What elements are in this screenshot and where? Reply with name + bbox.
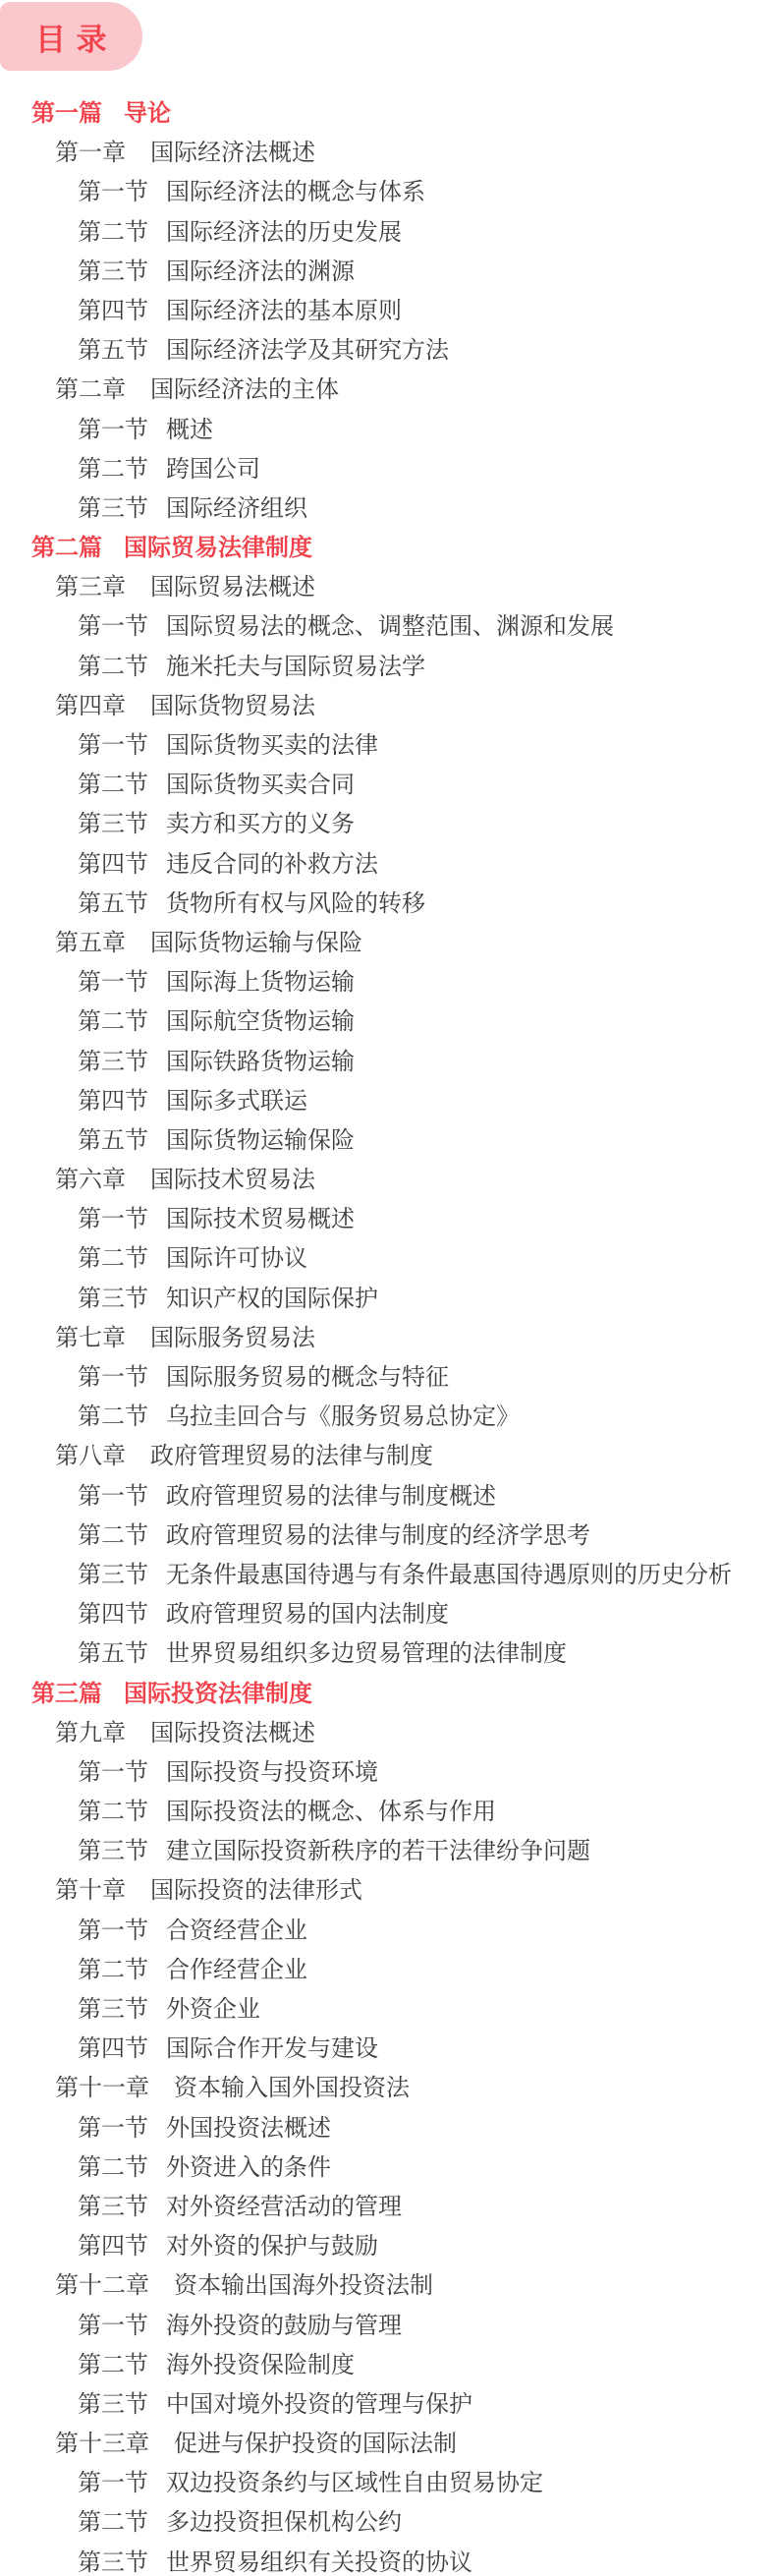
toc-entry-label: 第一节 [78,1483,148,1510]
toc-entry-title: 国际经济法的主体 [150,376,339,403]
toc-entry-label: 第一节 [78,179,148,205]
toc-entry-title: 国际服务贸易法 [150,1325,315,1351]
toc-entry-section: 第三节对外资经营活动的管理 [0,2188,776,2227]
toc-entry-section: 第四节国际合作开发与建设 [0,2030,776,2069]
toc-entry-label: 第一节 [78,1918,148,1944]
toc-entry-section: 第一节国际技术贸易概述 [0,1200,776,1239]
toc-entry-section: 第一节国际投资与投资环境 [0,1753,776,1793]
toc-entry-part: 第三篇国际投资法律制度 [0,1675,776,1714]
toc-entry-title: 世界贸易组织有关投资的协议 [166,2549,472,2576]
toc-entry-title: 货物所有权与风险的转移 [166,890,425,917]
toc-entry-label: 第二节 [78,772,148,798]
toc-entry-section: 第二节合作经营企业 [0,1951,776,1990]
toc-entry-section: 第二节外资进入的条件 [0,2148,776,2188]
toc-entry-title: 国际经济法概述 [150,140,315,166]
toc-entry-label: 第二篇 [31,535,102,561]
toc-entry-section: 第二节海外投资保险制度 [0,2346,776,2385]
toc-entry-section: 第三节中国对境外投资的管理与保护 [0,2385,776,2425]
toc-entry-title: 国际多式联运 [166,1088,307,1115]
toc-entry-label: 第二节 [78,1008,148,1035]
toc-entry-label: 第一节 [78,732,148,759]
toc-entry-section: 第一节合资经营企业 [0,1912,776,1951]
toc-entry-title: 导论 [124,100,171,127]
toc-entry-section: 第一节国际货物买卖的法律 [0,726,776,766]
toc-entry-title: 国际技术贸易法 [150,1167,315,1193]
toc-entry-title: 国际货物运输与保险 [150,930,362,956]
toc-entry-label: 第四节 [78,1088,148,1115]
toc-entry-title: 国际经济法学及其研究方法 [166,337,449,364]
toc-entry-title: 知识产权的国际保护 [166,1286,378,1312]
toc-entry-title: 政府管理贸易的法律与制度的经济学思考 [166,1522,590,1549]
toc-entry-label: 第三节 [78,2391,148,2418]
toc-entry-label: 第五节 [78,890,148,917]
toc-entry-section: 第三节无条件最惠国待遇与有条件最惠国待遇原则的历史分析 [0,1556,776,1595]
toc-title-badge: 目 录 [0,2,142,71]
toc-entry-label: 第五节 [78,1640,148,1667]
toc-entry-chapter: 第三章国际贸易法概述 [0,568,776,607]
toc-entry-section: 第二节国际航空货物运输 [0,1002,776,1042]
toc-entry-section: 第二节施米托夫与国际贸易法学 [0,648,776,687]
toc-entry-label: 第三章 [55,574,126,601]
toc-entry-title: 乌拉圭回合与《服务贸易总协定》 [166,1403,520,1430]
toc-entry-title: 外资进入的条件 [166,2154,331,2181]
toc-entry-label: 第三节 [78,1996,148,2023]
toc-entry-title: 国际合作开发与建设 [166,2035,378,2062]
toc-entry-title: 违反合同的补救方法 [166,851,378,878]
toc-entry-title: 国际投资与投资环境 [166,1759,378,1786]
toc-entry-label: 第二节 [78,2509,148,2536]
toc-entry-label: 第七章 [55,1325,126,1351]
toc-entry-title: 国际贸易法律制度 [124,535,312,561]
toc-entry-label: 第四节 [78,851,148,878]
toc-entry-label: 第二节 [78,219,148,246]
toc-entry-section: 第一节国际服务贸易的概念与特征 [0,1358,776,1398]
toc-entry-label: 第二节 [78,456,148,483]
toc-entry-title: 国际经济法的渊源 [166,258,355,285]
toc-entry-label: 第十二章 [55,2272,149,2299]
toc-entry-label: 第二节 [78,1522,148,1549]
toc-entry-section: 第二节跨国公司 [0,450,776,489]
toc-entry-section: 第三节卖方和买方的义务 [0,805,776,844]
toc-entry-label: 第三节 [78,1286,148,1312]
toc-entry-label: 第五节 [78,337,148,364]
toc-entry-label: 第三节 [78,495,148,522]
toc-entry-label: 第四节 [78,2035,148,2062]
toc-entry-part: 第一篇导论 [0,94,776,134]
toc-entry-label: 第六章 [55,1167,126,1193]
toc-entry-section: 第一节双边投资条约与区域性自由贸易协定 [0,2464,776,2503]
toc-entry-label: 第二节 [78,1957,148,1983]
toc-entry-label: 第一节 [78,2115,148,2142]
toc-entry-label: 第五节 [78,1127,148,1154]
toc-entry-label: 第八章 [55,1443,126,1469]
toc-entry-label: 第一节 [78,417,148,443]
toc-entry-title: 政府管理贸易的国内法制度 [166,1601,449,1628]
toc-entry-label: 第九章 [55,1720,126,1746]
toc-entry-label: 第三节 [78,811,148,837]
toc-entry-section: 第三节国际经济法的渊源 [0,253,776,292]
toc-entry-title: 国际货物买卖合同 [166,772,355,798]
toc-entry-title: 双边投资条约与区域性自由贸易协定 [166,2470,543,2496]
toc-entry-title: 合作经营企业 [166,1957,307,1983]
toc-entry-title: 资本输出国海外投资法制 [174,2272,433,2299]
toc-entry-title: 国际服务贸易的概念与特征 [166,1364,449,1391]
toc-entry-label: 第一节 [78,613,148,640]
toc-entry-section: 第四节国际经济法的基本原则 [0,292,776,331]
toc-entry-title: 政府管理贸易的法律与制度 [150,1443,433,1469]
toc-entry-chapter: 第八章政府管理贸易的法律与制度 [0,1437,776,1476]
toc-entry-label: 第四节 [78,2233,148,2260]
toc-entry-section: 第三节知识产权的国际保护 [0,1280,776,1319]
toc-entry-section: 第五节国际经济法学及其研究方法 [0,331,776,371]
toc-entry-title: 国际经济组织 [166,495,307,522]
toc-entry-title: 外资企业 [166,1996,260,2023]
toc-entry-label: 第一章 [55,140,126,166]
toc-entry-section: 第一节海外投资的鼓励与管理 [0,2307,776,2346]
toc-entry-chapter: 第五章国际货物运输与保险 [0,924,776,963]
toc-entry-chapter: 第十三章促进与保护投资的国际法制 [0,2425,776,2464]
toc-entry-title: 合资经营企业 [166,1918,307,1944]
toc-entry-label: 第三节 [78,1838,148,1864]
toc-entry-section: 第三节国际经济组织 [0,489,776,529]
toc-entry-section: 第三节外资企业 [0,1990,776,2030]
toc-entry-chapter: 第九章国际投资法概述 [0,1714,776,1753]
toc-entry-label: 第三节 [78,1049,148,1075]
toc-entry-title: 国际经济法的概念与体系 [166,179,425,205]
toc-entry-label: 第四节 [78,1601,148,1628]
toc-entry-title: 国际投资法律制度 [124,1681,312,1707]
toc-entry-title: 国际航空货物运输 [166,1008,355,1035]
toc-entry-label: 第十章 [55,1877,126,1904]
toc-entry-label: 第一节 [78,1206,148,1232]
toc-entry-chapter: 第六章国际技术贸易法 [0,1161,776,1200]
toc-entry-title: 国际贸易法的概念、调整范围、渊源和发展 [166,613,614,640]
toc-entry-label: 第一篇 [31,100,102,127]
toc-entry-title: 资本输入国外国投资法 [174,2075,410,2101]
toc-entry-chapter: 第十章国际投资的法律形式 [0,1871,776,1911]
toc-entry-title: 卖方和买方的义务 [166,811,355,837]
toc-entry-title: 国际经济法的历史发展 [166,219,402,246]
toc-entry-label: 第一节 [78,2470,148,2496]
toc-entry-chapter: 第七章国际服务贸易法 [0,1319,776,1358]
toc-entry-label: 第二节 [78,1403,148,1430]
toc-entry-section: 第二节国际货物买卖合同 [0,766,776,805]
toc-entry-title: 跨国公司 [166,456,260,483]
toc-entry-section: 第一节概述 [0,411,776,450]
toc-entry-section: 第五节国际货物运输保险 [0,1121,776,1161]
toc-entry-label: 第二节 [78,1245,148,1272]
toc-entry-section: 第三节国际铁路货物运输 [0,1043,776,1082]
toc-entry-label: 第三节 [78,2194,148,2220]
toc-entry-label: 第三节 [78,1562,148,1588]
toc-list: 第一篇导论第一章国际经济法概述第一节国际经济法的概念与体系第二节国际经济法的历史… [0,94,776,2576]
toc-entry-section: 第三节世界贸易组织有关投资的协议 [0,2544,776,2576]
toc-entry-title: 世界贸易组织多边贸易管理的法律制度 [166,1640,567,1667]
toc-entry-section: 第一节国际经济法的概念与体系 [0,173,776,212]
toc-entry-chapter: 第一章国际经济法概述 [0,134,776,173]
toc-entry-label: 第一节 [78,2313,148,2339]
toc-entry-title: 国际投资的法律形式 [150,1877,362,1904]
toc-entry-chapter: 第十二章资本输出国海外投资法制 [0,2266,776,2306]
toc-entry-section: 第二节国际许可协议 [0,1239,776,1279]
toc-entry-section: 第五节世界贸易组织多边贸易管理的法律制度 [0,1634,776,1674]
toc-entry-section: 第四节政府管理贸易的国内法制度 [0,1595,776,1634]
toc-entry-section: 第二节国际投资法的概念、体系与作用 [0,1793,776,1832]
toc-entry-title: 对外资的保护与鼓励 [166,2233,378,2260]
toc-entry-label: 第二节 [78,2154,148,2181]
toc-entry-label: 第三节 [78,258,148,285]
toc-entry-title: 国际货物买卖的法律 [166,732,378,759]
toc-entry-label: 第一节 [78,1759,148,1786]
toc-entry-chapter: 第四章国际货物贸易法 [0,687,776,726]
toc-entry-title: 多边投资担保机构公约 [166,2509,402,2536]
toc-entry-label: 第二节 [78,654,148,680]
toc-entry-section: 第四节对外资的保护与鼓励 [0,2227,776,2266]
toc-entry-title: 海外投资的鼓励与管理 [166,2313,402,2339]
toc-entry-label: 第五章 [55,930,126,956]
toc-entry-section: 第三节建立国际投资新秩序的若干法律纷争问题 [0,1832,776,1871]
toc-entry-label: 第二节 [78,1799,148,1825]
toc-entry-title: 国际投资法的概念、体系与作用 [166,1799,496,1825]
toc-entry-section: 第二节政府管理贸易的法律与制度的经济学思考 [0,1517,776,1556]
toc-entry-title: 对外资经营活动的管理 [166,2194,402,2220]
toc-entry-section: 第四节违反合同的补救方法 [0,845,776,885]
toc-entry-title: 国际经济法的基本原则 [166,298,402,324]
toc-entry-label: 第四章 [55,693,126,719]
toc-entry-title: 国际海上货物运输 [166,969,355,996]
toc-entry-label: 第一节 [78,969,148,996]
toc-entry-title: 中国对境外投资的管理与保护 [166,2391,472,2418]
toc-entry-title: 概述 [166,417,213,443]
toc-entry-title: 国际货物贸易法 [150,693,315,719]
toc-entry-title: 国际铁路货物运输 [166,1049,355,1075]
toc-entry-label: 第十三章 [55,2431,149,2457]
toc-entry-title: 国际技术贸易概述 [166,1206,355,1232]
toc-entry-label: 第三节 [78,2549,148,2576]
toc-entry-section: 第一节国际海上货物运输 [0,963,776,1002]
toc-entry-title: 施米托夫与国际贸易法学 [166,654,425,680]
toc-entry-section: 第五节货物所有权与风险的转移 [0,885,776,924]
toc-entry-title: 国际投资法概述 [150,1720,315,1746]
toc-entry-section: 第一节国际贸易法的概念、调整范围、渊源和发展 [0,607,776,647]
toc-entry-section: 第二节乌拉圭回合与《服务贸易总协定》 [0,1398,776,1437]
toc-entry-title: 国际贸易法概述 [150,574,315,601]
toc-entry-label: 第十一章 [55,2075,149,2101]
toc-entry-section: 第二节国际经济法的历史发展 [0,213,776,253]
toc-entry-title: 建立国际投资新秩序的若干法律纷争问题 [166,1838,590,1864]
toc-entry-label: 第一节 [78,1364,148,1391]
toc-entry-title: 外国投资法概述 [166,2115,331,2142]
toc-entry-chapter: 第十一章资本输入国外国投资法 [0,2069,776,2108]
toc-entry-title: 国际货物运输保险 [166,1127,355,1154]
toc-entry-title: 政府管理贸易的法律与制度概述 [166,1483,496,1510]
toc-entry-part: 第二篇国际贸易法律制度 [0,529,776,568]
toc-entry-label: 第三篇 [31,1681,102,1707]
toc-entry-section: 第一节外国投资法概述 [0,2109,776,2148]
toc-title-text: 目 录 [35,15,108,59]
toc-entry-title: 无条件最惠国待遇与有条件最惠国待遇原则的历史分析 [166,1562,732,1588]
toc-entry-section: 第一节政府管理贸易的法律与制度概述 [0,1477,776,1517]
toc-entry-title: 促进与保护投资的国际法制 [174,2431,457,2457]
toc-entry-label: 第二章 [55,376,126,403]
toc-entry-section: 第二节多边投资担保机构公约 [0,2503,776,2543]
toc-entry-title: 国际许可协议 [166,1245,307,1272]
toc-entry-label: 第二节 [78,2352,148,2378]
toc-entry-label: 第四节 [78,298,148,324]
toc-entry-chapter: 第二章国际经济法的主体 [0,371,776,410]
toc-entry-title: 海外投资保险制度 [166,2352,355,2378]
toc-entry-section: 第四节国际多式联运 [0,1082,776,1121]
